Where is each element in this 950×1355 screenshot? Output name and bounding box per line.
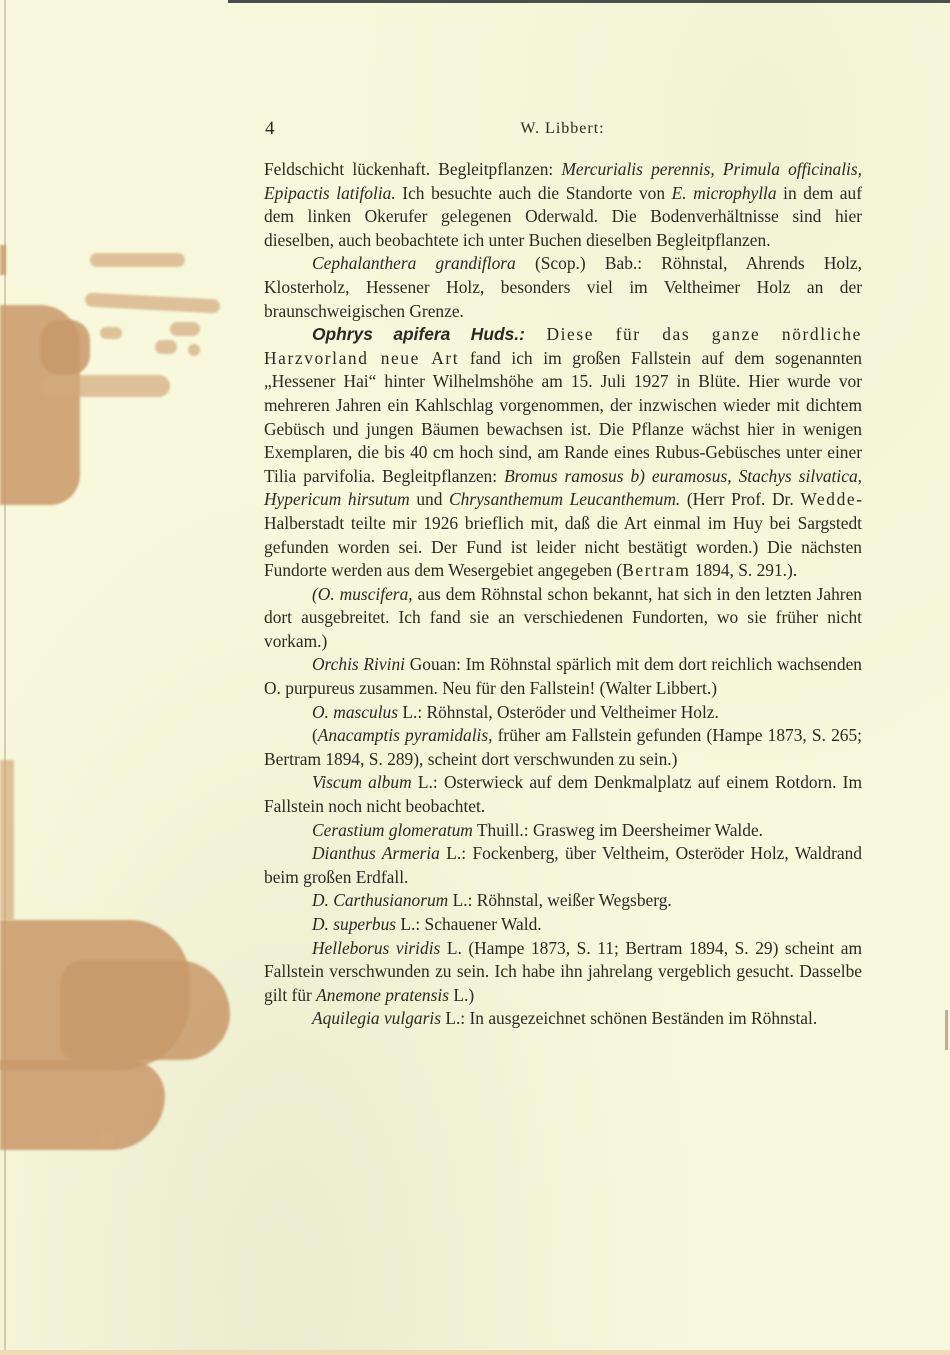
paragraph: D. superbus L.: Schauener Wald.: [264, 913, 862, 937]
edge-mark: [945, 1010, 948, 1050]
page-fold-edge: [4, 0, 6, 1355]
species-name: Dianthus Armeria: [312, 843, 440, 863]
text-run: Bertram: [622, 560, 690, 580]
scan-bottom-border: [0, 1350, 950, 1355]
paragraph: Feldschicht lückenhaft. Begleitpflanzen:…: [264, 158, 862, 252]
text-run: L.: Röhnstal, weißer Wegsberg.: [448, 890, 672, 910]
paragraph: O. masculus L.: Röhnstal, Osteröder und …: [264, 701, 862, 725]
paragraph: Ophrys apifera Huds.: Diese für das ganz…: [264, 323, 862, 583]
body-text: Feldschicht lückenhaft. Begleitpflanzen:…: [264, 158, 862, 1031]
text-run: L.: In ausgezeichnet schönen Beständen i…: [441, 1008, 817, 1028]
species-name: Anemone pratensis: [316, 985, 449, 1005]
text-run: Ich besuchte auch die Standorte von: [396, 183, 672, 203]
species-name: Anacamptis pyramidalis,: [318, 725, 493, 745]
text-run: L.: Röhnstal, Osteröder und Veltheimer H…: [398, 702, 719, 722]
paragraph: Aquilegia vulgaris L.: In ausgezeichnet …: [264, 1007, 862, 1031]
paragraph: Orchis Rivini Gouan: Im Röhnstal spärlic…: [264, 653, 862, 700]
text-run: L.): [449, 985, 474, 1005]
text-run: und: [410, 489, 449, 509]
species-name: D. superbus: [312, 914, 396, 934]
species-name: E. microphylla: [672, 183, 777, 203]
text-run: L.: Schauener Wald.: [396, 914, 542, 934]
text-run: (Herr Prof. Dr.: [680, 489, 800, 509]
paragraph: Viscum album L.: Osterwieck auf dem Denk…: [264, 771, 862, 818]
paragraph: Cephalanthera grandiflora (Scop.) Bab.: …: [264, 252, 862, 323]
text-run: 1894, S. 291.).: [690, 560, 797, 580]
species-name: O. masculus: [312, 702, 398, 722]
species-name: Cerastium glomeratum: [312, 820, 473, 840]
paragraph: Helleborus viridis L. (Hampe 1873, S. 11…: [264, 937, 862, 1008]
species-name: D. Carthusianorum: [312, 890, 448, 910]
species-name: Aquilegia vulgaris: [312, 1008, 441, 1028]
paragraph: Dianthus Armeria L.: Fockenberg, über Ve…: [264, 842, 862, 889]
species-name: Cephalanthera grandiflora: [312, 253, 516, 273]
species-name: Ophrys apifera Huds.:: [312, 324, 525, 344]
paragraph: (Anacamptis pyramidalis, früher am Falls…: [264, 724, 862, 771]
species-name: Viscum album: [312, 772, 412, 792]
page-header: 4 W. Libbert:: [265, 118, 860, 142]
paragraph: Cerastium glomeratum Thuill.: Grasweg im…: [264, 819, 862, 843]
species-name: Chrysanthemum Leucanthemum.: [449, 489, 680, 509]
scanned-page: 4 W. Libbert: Feldschicht lückenhaft. Be…: [0, 0, 950, 1355]
text-run: Feldschicht lückenhaft. Begleitpflanzen:: [264, 159, 561, 179]
scan-top-border: [228, 0, 950, 3]
species-name: Helleborus viridis: [312, 938, 440, 958]
paragraph: (O. muscifera, aus dem Röhnstal schon be…: [264, 583, 862, 654]
text-run: Thuill.: Grasweg im Deersheimer Walde.: [473, 820, 763, 840]
paragraph: D. Carthusianorum L.: Röhnstal, weißer W…: [264, 889, 862, 913]
species-name: (O. muscifera,: [312, 584, 413, 604]
running-head: W. Libbert:: [265, 120, 860, 138]
text-run: Wedde: [800, 489, 856, 509]
species-name: Orchis Rivini: [312, 654, 405, 674]
